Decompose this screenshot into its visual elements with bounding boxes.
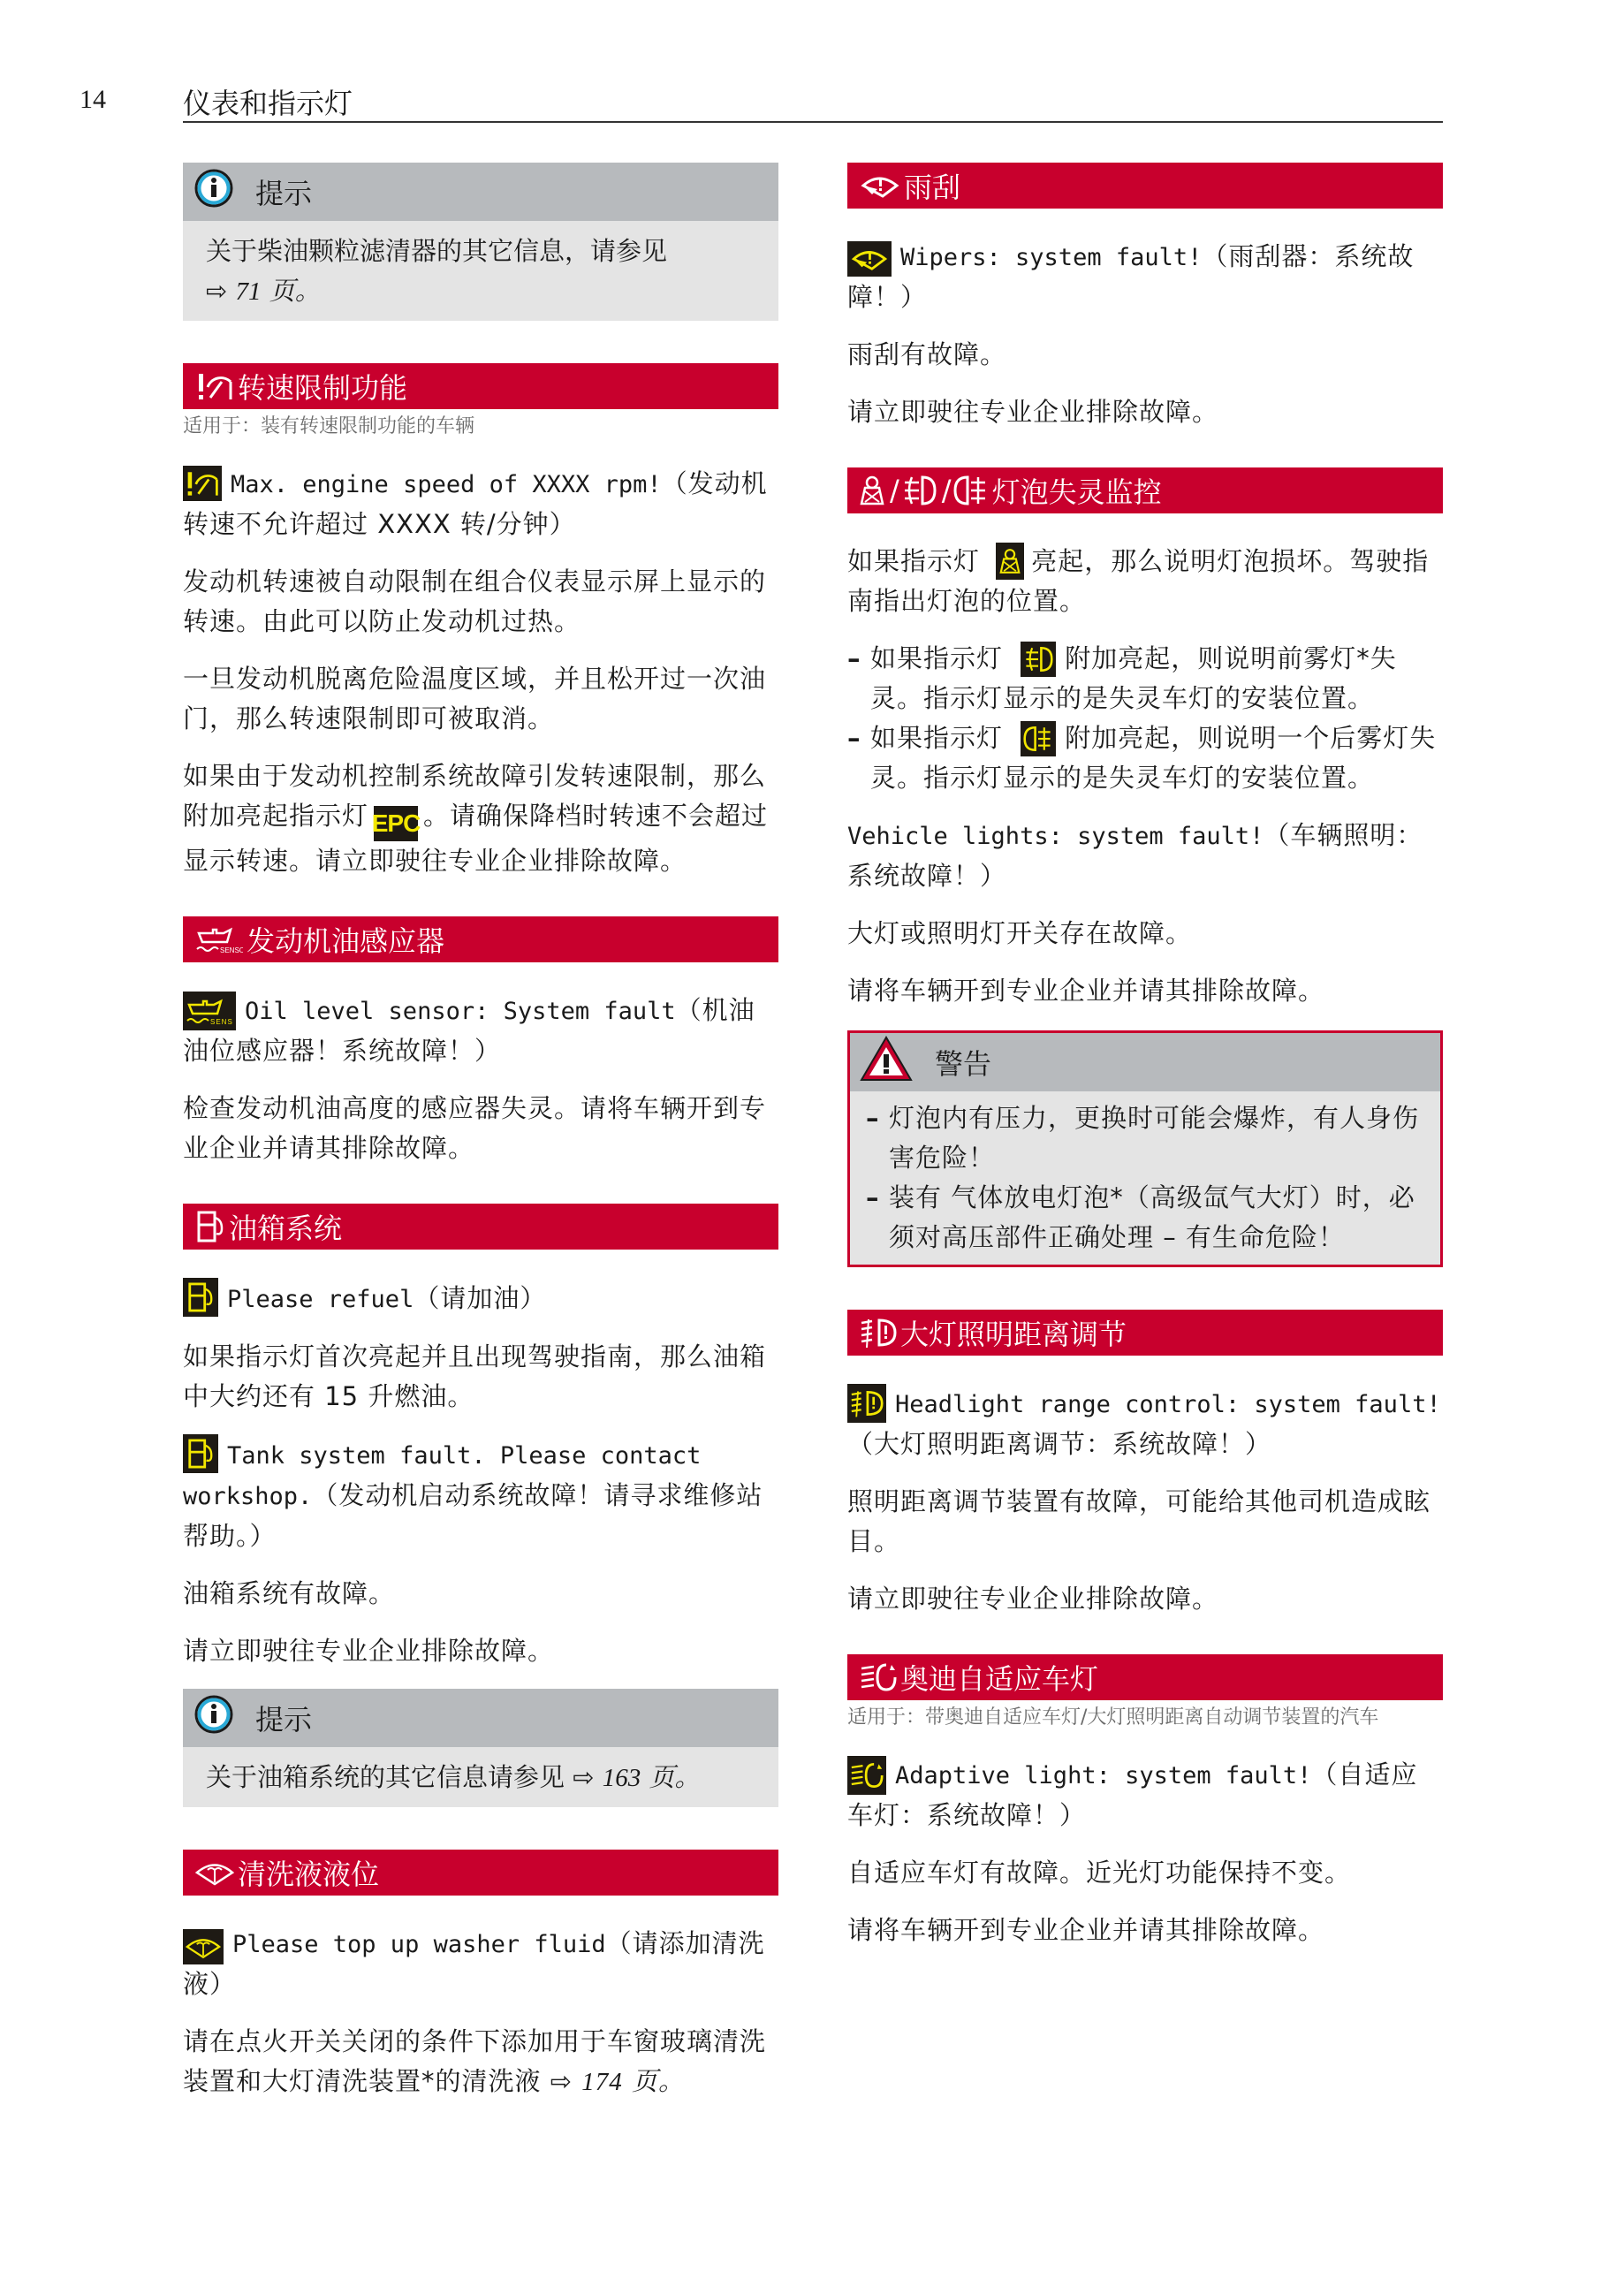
- adaptive-light-icon: [847, 1756, 886, 1795]
- page-ref-link[interactable]: 174: [581, 2068, 623, 2096]
- note-text: 关于油箱系统的其它信息请参见: [206, 1762, 565, 1792]
- wiper-fault-icon: [860, 171, 900, 200]
- page-number: 14: [80, 85, 106, 115]
- display-message: Adaptive light: system fault!: [895, 1762, 1311, 1789]
- list-item-text: 如果指示灯: [870, 643, 1003, 673]
- section-title: 清洗液液位: [238, 1852, 379, 1893]
- title-separator: /: [890, 474, 899, 507]
- note-text: 关于柴油颗粒滤清器的其它信息，请参见: [206, 236, 667, 266]
- paragraph: 自适应车灯有故障。近光灯功能保持不变。: [847, 1853, 1443, 1893]
- washer-fluid-icon: [183, 1929, 224, 1964]
- paragraph: 油箱系统有故障。: [183, 1574, 778, 1614]
- info-icon: [194, 168, 234, 216]
- fuel-pump-icon: [195, 1209, 225, 1244]
- section-title: 灯泡失灵监控: [992, 470, 1162, 511]
- section-header: 雨刮: [847, 163, 1443, 209]
- title-separator: /: [942, 474, 952, 507]
- paragraph: 雨刮有故障。: [847, 335, 1443, 375]
- section-wipers: 雨刮 Wipers: system fault!（雨刮器：系统故障！） 雨刮有故…: [847, 163, 1443, 432]
- list-item: –灯泡内有压力，更换时可能会爆炸，有人身伤害危险！: [866, 1098, 1423, 1178]
- rpm-limit-icon: [183, 466, 222, 501]
- section-headlight-range: 大灯照明距离调节 Headlight range control: system…: [847, 1310, 1443, 1619]
- message-translation: （请加油）: [414, 1283, 546, 1313]
- paragraph: 照明距离调节装置有故障，可能给其他司机造成眩目。: [847, 1482, 1443, 1562]
- display-message: Please refuel: [227, 1286, 414, 1313]
- bullet-list: – 如果指示灯 附加亮起，则说明前雾灯*失灵。指示灯显示的是失灵车灯的安装位置。…: [847, 639, 1443, 798]
- wiper-fault-icon: [847, 241, 892, 277]
- section-bulb-monitor: / / 灯泡失灵监控 如果指示灯 亮起，那么说明灯泡损坏。驾驶指南指出灯泡的位置…: [847, 467, 1443, 1011]
- section-header: SENSOR 发动机油感应器: [183, 916, 778, 962]
- applies-to: 适用于：带奥迪自适应车灯/大灯照明距离自动调节装置的汽车: [847, 1704, 1443, 1732]
- section-title: 奥迪自适应车灯: [900, 1657, 1098, 1698]
- warning-triangle-icon: [859, 1035, 914, 1090]
- list-item-text: 如果指示灯: [870, 723, 1003, 753]
- warning-label: 警告: [935, 1042, 991, 1083]
- svg-text:SENSOR: SENSOR: [210, 1018, 233, 1026]
- front-fog-icon: [1021, 642, 1056, 677]
- paragraph: 请立即驶往专业企业排除故障。: [183, 1631, 778, 1671]
- washer-fluid-icon: [195, 1859, 234, 1886]
- display-message: Oil level sensor: System fault: [245, 998, 676, 1025]
- note-box: 提示 关于油箱系统的其它信息请参见 ⇨ 163 页。: [183, 1689, 778, 1807]
- rpm-limit-icon: [195, 369, 234, 403]
- paragraph: 一旦发动机脱离危险温度区域，并且松开过一次油门，那么转速限制即可被取消。: [183, 659, 778, 739]
- left-column: 提示 关于柴油颗粒滤清器的其它信息，请参见 ⇨ 71 页。 转速限制功能 适用于…: [183, 163, 778, 2138]
- section-adaptive-light: 奥迪自适应车灯 适用于：带奥迪自适应车灯/大灯照明距离自动调节装置的汽车 Ada…: [847, 1654, 1443, 1950]
- rear-fog-icon: [1021, 721, 1056, 756]
- warning-text: 装有 气体放电灯泡*（高级氙气大灯）时，必须对高压部件正确处理 – 有生命危险！: [889, 1178, 1423, 1258]
- display-message: Please top up washer fluid: [232, 1931, 606, 1958]
- fuel-pump-icon: [183, 1278, 218, 1317]
- list-item: – 如果指示灯 附加亮起，则说明前雾灯*失灵。指示灯显示的是失灵车灯的安装位置。: [847, 639, 1443, 718]
- page-ref-suffix: 页。: [269, 277, 321, 306]
- note-label: 提示: [255, 1698, 312, 1738]
- oil-sensor-icon: SENSOR: [183, 992, 236, 1030]
- display-message: Headlight range control: system fault!: [895, 1391, 1441, 1418]
- fuel-pump-icon: [183, 1434, 218, 1473]
- warning-text: 灯泡内有压力，更换时可能会爆炸，有人身伤害危险！: [889, 1098, 1423, 1178]
- message-translation: （大灯照明距离调节：系统故障！）: [847, 1429, 1271, 1459]
- paragraph: 发动机转速被自动限制在组合仪表显示屏上显示的转速。由此可以防止发动机过热。: [183, 562, 778, 642]
- page-ref-link[interactable]: 163: [603, 1764, 641, 1792]
- applies-to: 适用于：装有转速限制功能的车辆: [183, 413, 778, 441]
- section-header: 油箱系统: [183, 1204, 778, 1250]
- section-title: 雨刮: [904, 165, 960, 206]
- paragraph: 大灯或照明灯开关存在故障。: [847, 914, 1443, 954]
- epc-indicator-icon: EPC: [374, 806, 418, 841]
- paragraph: 检查发动机油高度的感应器失灵。请将车辆开到专业企业并请其排除故障。: [183, 1089, 778, 1168]
- section-rpm-limit: 转速限制功能 适用于：装有转速限制功能的车辆 Max. engine speed…: [183, 363, 778, 881]
- paragraph: 请将车辆开到专业企业并请其排除故障。: [847, 1911, 1443, 1950]
- section-title: 发动机油感应器: [247, 919, 444, 960]
- warning-box: 警告 –灯泡内有压力，更换时可能会爆炸，有人身伤害危险！ –装有 气体放电灯泡*…: [847, 1030, 1443, 1267]
- front-fog-icon: [901, 474, 937, 507]
- list-item: – 如果指示灯 附加亮起，则说明一个后雾灯失灵。指示灯显示的是失灵车灯的安装位置…: [847, 718, 1443, 798]
- note-label: 提示: [255, 171, 312, 212]
- right-column: 雨刮 Wipers: system fault!（雨刮器：系统故障！） 雨刮有故…: [847, 163, 1443, 1986]
- section-header: 奥迪自适应车灯: [847, 1654, 1443, 1700]
- display-message: Vehicle lights: system fault!: [847, 823, 1264, 850]
- section-header: 大灯照明距离调节: [847, 1310, 1443, 1356]
- section-header: 清洗液液位: [183, 1850, 778, 1896]
- list-item: –装有 气体放电灯泡*（高级氙气大灯）时，必须对高压部件正确处理 – 有生命危险…: [866, 1178, 1423, 1258]
- display-message: Wipers: system fault!: [900, 244, 1202, 271]
- paragraph: 请将车辆开到专业企业并请其排除故障。: [847, 971, 1443, 1011]
- adaptive-light-icon: [860, 1661, 897, 1693]
- paragraph: 请立即驶往专业企业排除故障。: [847, 392, 1443, 432]
- headlight-range-icon: [860, 1316, 897, 1349]
- paragraph: 如果指示灯: [847, 546, 980, 576]
- svg-text:SENSOR: SENSOR: [220, 946, 243, 954]
- display-message: Max. engine speed of XXXX rpm!: [231, 471, 662, 498]
- section-header: / / 灯泡失灵监控: [847, 467, 1443, 513]
- page-ref-link[interactable]: 71: [236, 277, 262, 306]
- section-title: 转速限制功能: [238, 366, 407, 407]
- headlight-range-icon: [847, 1384, 886, 1423]
- ref-arrow-icon: ⇨: [573, 1762, 594, 1792]
- running-title: 仪表和指示灯: [183, 81, 353, 122]
- ref-arrow-icon: ⇨: [206, 276, 227, 306]
- rear-fog-icon: [953, 474, 989, 507]
- section-header: 转速限制功能: [183, 363, 778, 409]
- page-ref-suffix: 页。: [649, 1764, 700, 1792]
- section-title: 大灯照明距离调节: [900, 1312, 1127, 1353]
- paragraph: 如果指示灯首次亮起并且出现驾驶指南，那么油箱中大约还有 15 升燃油。: [183, 1337, 778, 1417]
- oil-sensor-icon: SENSOR: [195, 924, 243, 954]
- section-washer-fluid: 清洗液液位 Please top up washer fluid（请添加清洗液）…: [183, 1850, 778, 2102]
- bulb-fault-icon: [996, 543, 1024, 580]
- section-oil-sensor: SENSOR 发动机油感应器 SENSOR Oil level sensor: …: [183, 916, 778, 1168]
- note-box: 提示 关于柴油颗粒滤清器的其它信息，请参见 ⇨ 71 页。: [183, 163, 778, 321]
- ref-arrow-icon: ⇨: [550, 2066, 573, 2096]
- info-icon: [194, 1694, 234, 1742]
- paragraph: 请立即驶往专业企业排除故障。: [847, 1579, 1443, 1619]
- section-title: 油箱系统: [229, 1206, 342, 1247]
- header-rule: [183, 121, 1443, 123]
- section-tank-system: 油箱系统 Please refuel（请加油） 如果指示灯首次亮起并且出现驾驶指…: [183, 1204, 778, 1671]
- page-ref-suffix: 页。: [632, 2068, 685, 2096]
- bulb-fault-icon: [860, 474, 884, 507]
